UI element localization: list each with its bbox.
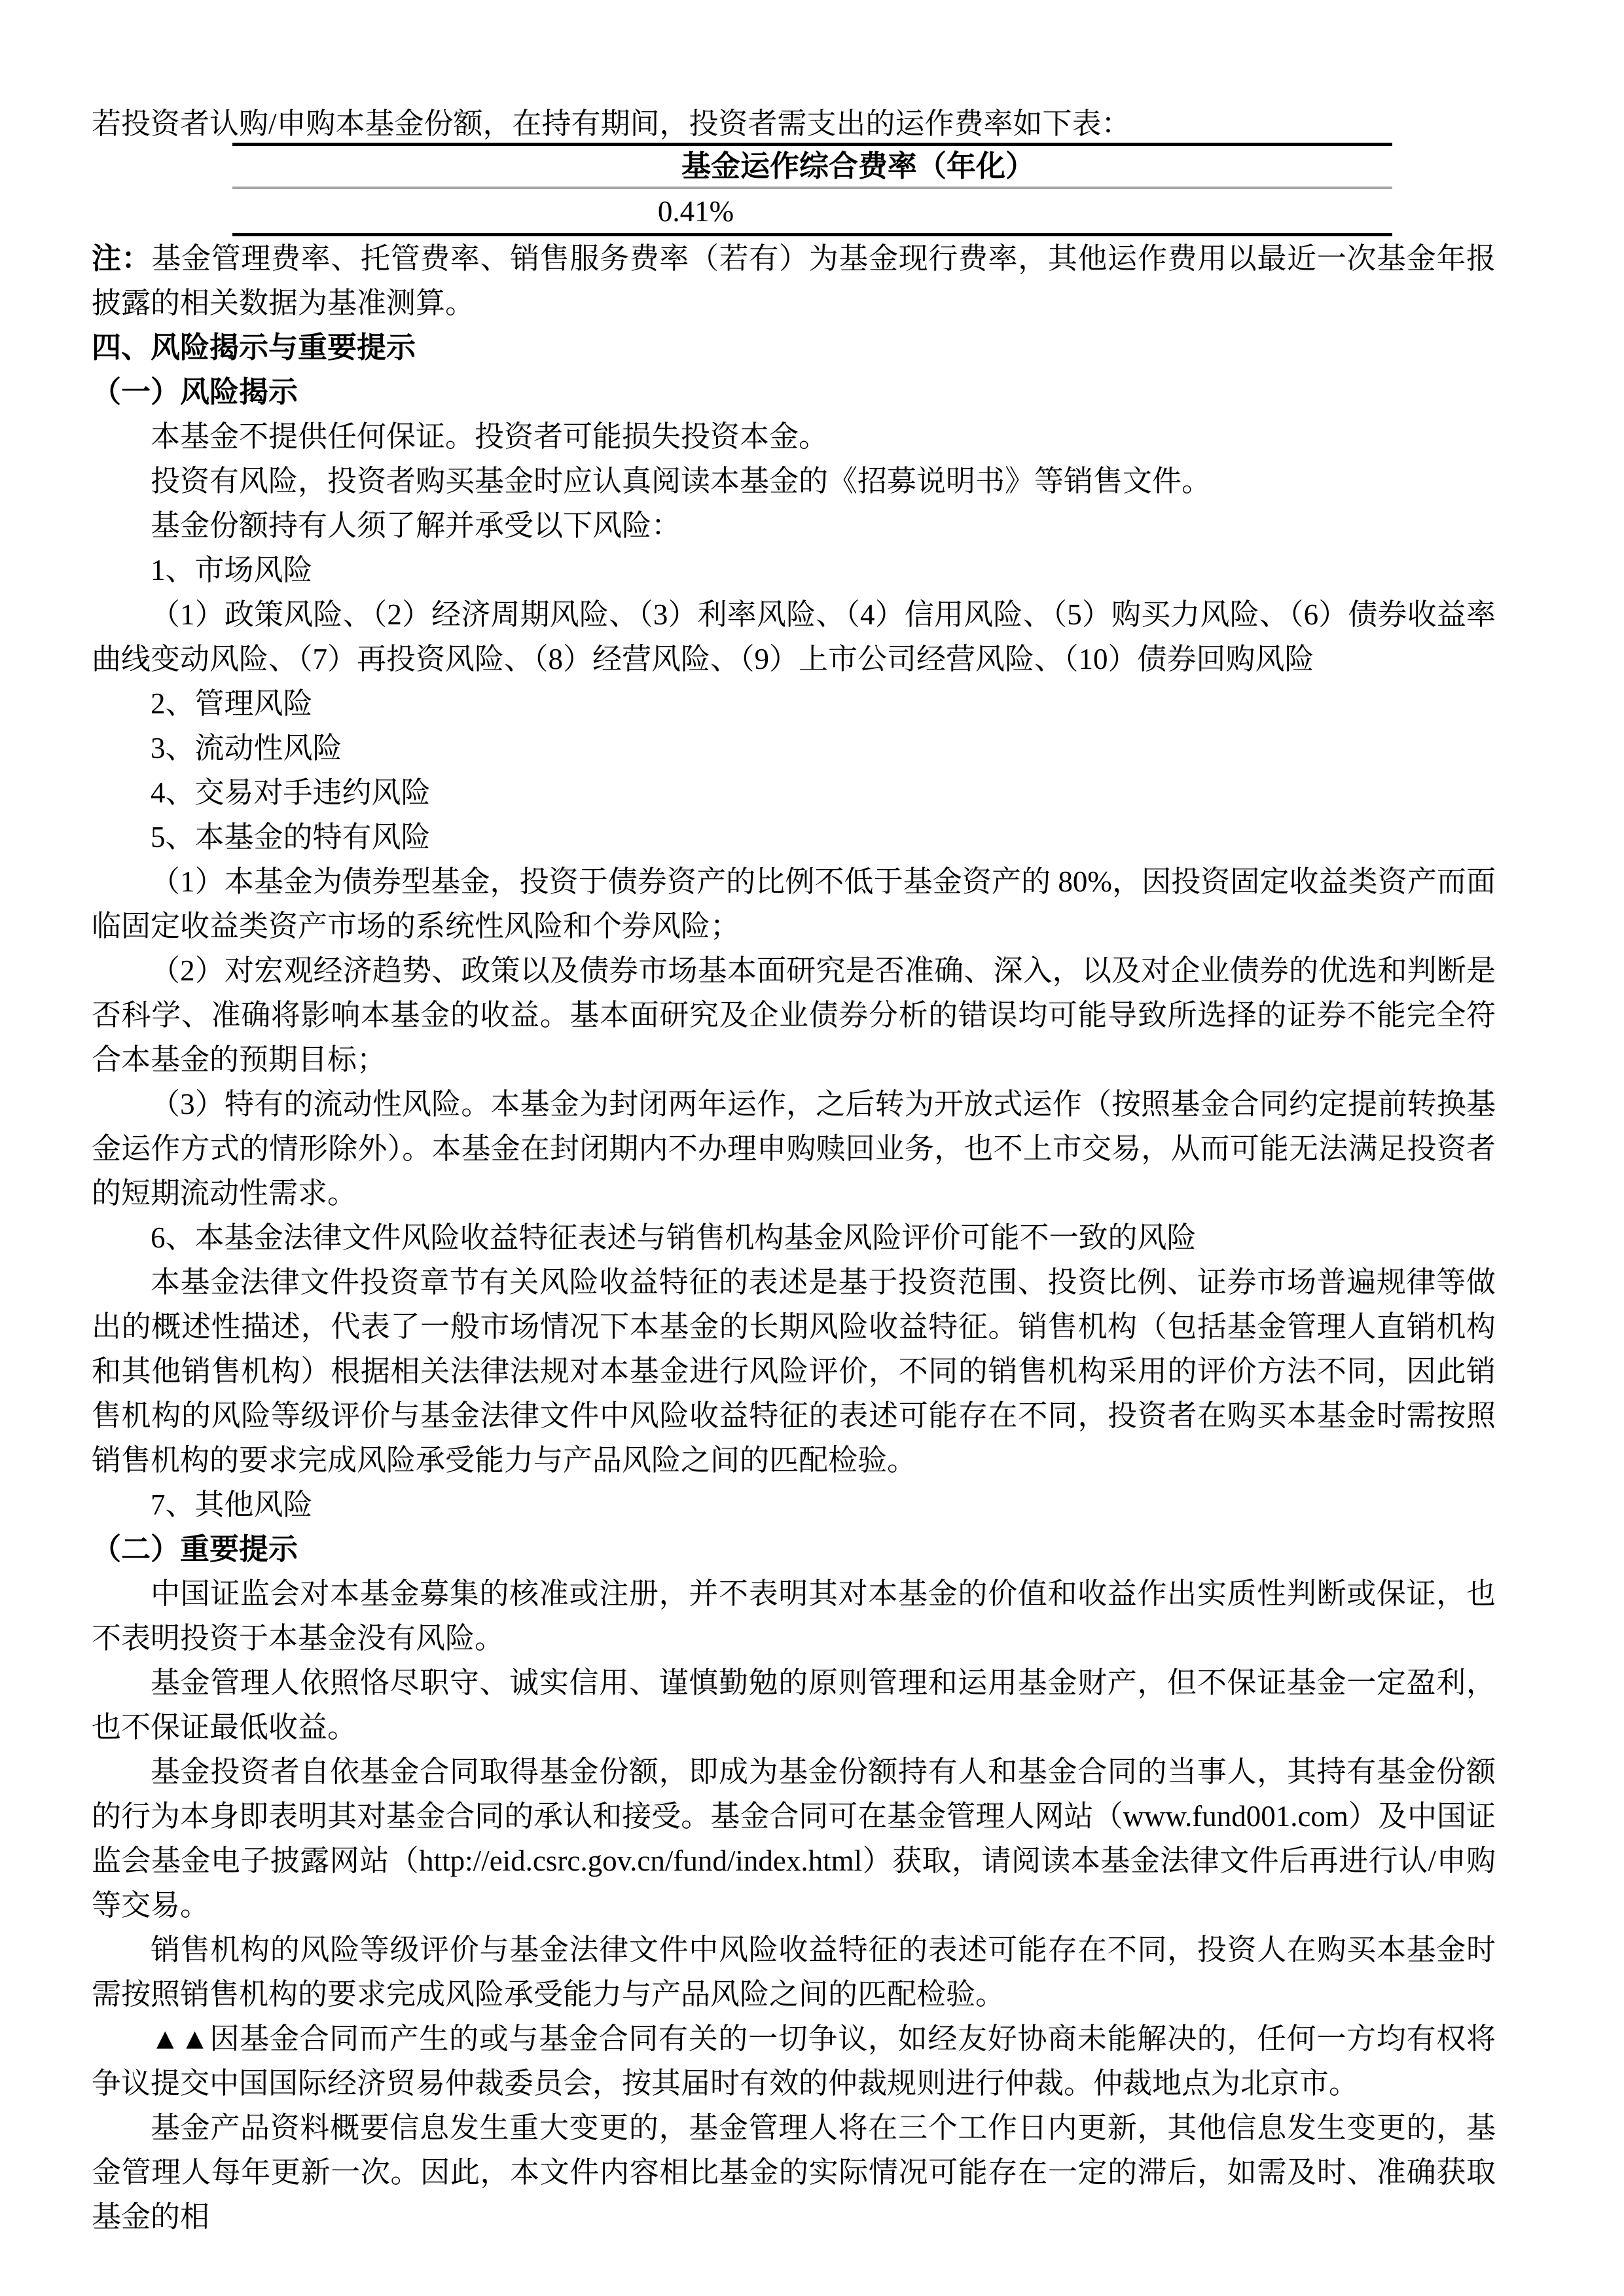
notice-paragraph: 基金产品资料概要信息发生重大变更的，基金管理人将在三个工作日内更新，其他信息发生… <box>92 2106 1496 2239</box>
risk-paragraph: 4、交易对手违约风险 <box>92 770 1496 815</box>
notice-paragraph: ▲▲因基金合同而产生的或与基金合同有关的一切争议，如经友好协商未能解决的，任何一… <box>92 2017 1496 2106</box>
note-label: 注： <box>92 242 151 275</box>
risk-paragraph: 5、本基金的特有风险 <box>92 815 1496 859</box>
notice-paragraph: 中国证监会对本基金募集的核准或注册，并不表明其对本基金的价值和收益作出实质性判断… <box>92 1571 1496 1660</box>
section-4-heading: 四、风险揭示与重要提示 <box>92 325 1496 370</box>
risk-disclosure-heading: （一）风险揭示 <box>92 370 1496 414</box>
risk-paragraph: （1）本基金为债券型基金，投资于债券资产的比例不低于基金资产的 80%，因投资固… <box>92 859 1496 948</box>
fee-table-value-row: 0.41% <box>232 189 1392 233</box>
risk-paragraph: 本基金法律文件投资章节有关风险收益特征的表述是基于投资范围、投资比例、证券市场普… <box>92 1260 1496 1482</box>
fee-table-header-row: 基金运作综合费率（年化） <box>232 146 1392 189</box>
document-page: 若投资者认购/申购本基金份额，在持有期间，投资者需支出的运作费率如下表： 基金运… <box>0 0 1624 2296</box>
risk-paragraph: （3）特有的流动性风险。本基金为封闭两年运作，之后转为开放式运作（按照基金合同约… <box>92 1082 1496 1215</box>
fee-table-header: 基金运作综合费率（年化） <box>681 144 1035 188</box>
fee-table: 基金运作综合费率（年化） 0.41% <box>232 143 1392 236</box>
risk-paragraph: 6、本基金法律文件风险收益特征表述与销售机构基金风险评价可能不一致的风险 <box>92 1215 1496 1260</box>
risk-paragraph: （2）对宏观经济趋势、政策以及债券市场基本面研究是否准确、深入，以及对企业债券的… <box>92 948 1496 1082</box>
intro-paragraph: 若投资者认购/申购本基金份额，在持有期间，投资者需支出的运作费率如下表： <box>92 101 1496 146</box>
risk-paragraph: 3、流动性风险 <box>92 726 1496 770</box>
risk-paragraph: 7、其他风险 <box>92 1482 1496 1527</box>
risk-paragraph: 基金份额持有人须了解并承受以下风险： <box>92 503 1496 548</box>
risk-paragraph: 投资有风险，投资者购买基金时应认真阅读本基金的《招募说明书》等销售文件。 <box>92 459 1496 503</box>
important-notice-heading: （二）重要提示 <box>92 1527 1496 1571</box>
notice-paragraph: 基金投资者自依基金合同取得基金份额，即成为基金份额持有人和基金合同的当事人，其持… <box>92 1749 1496 1928</box>
fee-table-value: 0.41% <box>658 189 734 234</box>
notice-paragraph: 基金管理人依照恪尽职守、诚实信用、谨慎勤勉的原则管理和运用基金财产，但不保证基金… <box>92 1660 1496 1749</box>
note-text: 基金管理费率、托管费率、销售服务费率（若有）为基金现行费率，其他运作费用以最近一… <box>92 242 1496 319</box>
notice-paragraph: 销售机构的风险等级评价与基金法律文件中风险收益特征的表述可能存在不同，投资人在购… <box>92 1928 1496 2017</box>
note-paragraph: 注：基金管理费率、托管费率、销售服务费率（若有）为基金现行费率，其他运作费用以最… <box>92 236 1496 325</box>
risk-paragraph: 本基金不提供任何保证。投资者可能损失投资本金。 <box>92 414 1496 459</box>
risk-paragraph: 1、市场风险 <box>92 548 1496 592</box>
risk-paragraph: （1）政策风险、（2）经济周期风险、（3）利率风险、（4）信用风险、（5）购买力… <box>92 592 1496 681</box>
risk-paragraph: 2、管理风险 <box>92 681 1496 726</box>
